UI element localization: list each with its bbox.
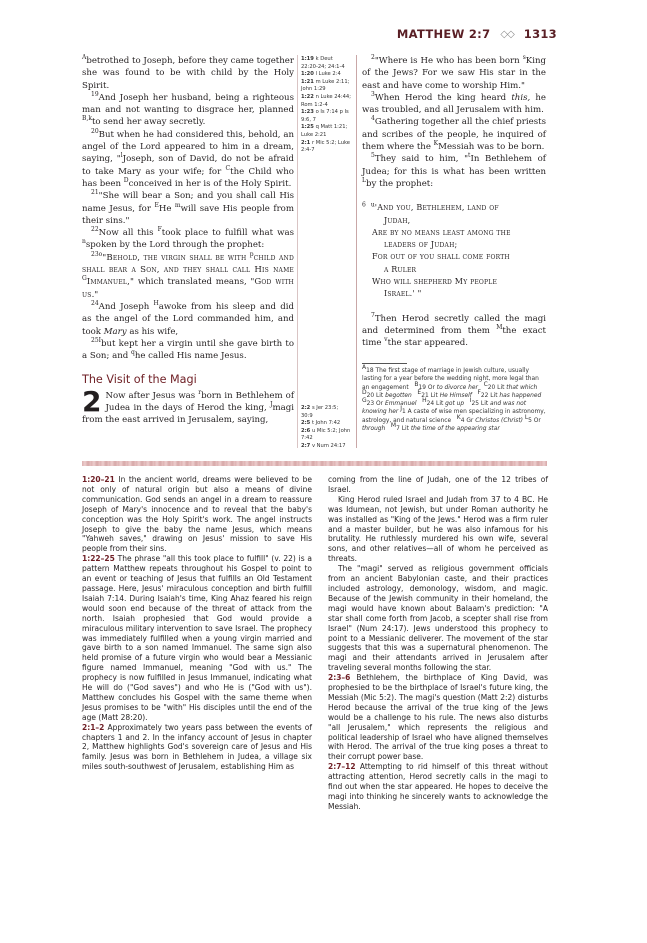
- verse-text: he called His name Jesus.: [135, 351, 247, 361]
- verse-2-5: 5They said to him, "tIn Bethlehem of Jud…: [362, 153, 546, 190]
- verse-text: as his wife,: [127, 327, 179, 337]
- ot-quotation: Judah,: [384, 216, 410, 225]
- ot-quotation: Are by no means least among the: [372, 228, 511, 237]
- footnote-verse: 4: [461, 418, 465, 424]
- verse-text: spoken by the Lord through the prophet:: [86, 240, 264, 250]
- note-text: Attempting to rid himself of this threat…: [328, 762, 548, 811]
- crossref-entry[interactable]: 1:20 l Luke 2:4: [301, 71, 351, 79]
- verse-number: 21: [91, 189, 99, 196]
- verse-text: Messiah was to be born.: [438, 142, 544, 152]
- ot-quotation: "Behold, the virgin shall be with: [102, 253, 250, 263]
- verse-number: 25: [91, 337, 99, 344]
- crossref-verse: 1:22: [301, 94, 314, 100]
- footnote[interactable]: M7 Lit the time of the appearing star: [391, 426, 500, 432]
- crossref-verse: 1:19: [301, 56, 314, 62]
- verse-1-18-continued: Abetrothed to Joseph, before they came t…: [82, 55, 294, 92]
- footnote-text: Or: [376, 401, 383, 407]
- verse-text: which translated means, ": [134, 277, 254, 287]
- note-text: In the ancient world, dreams were believ…: [82, 475, 312, 553]
- verse-1-19: 19And Joseph her husband, being a righte…: [82, 92, 294, 129]
- translation-footnotes: A18 The first stage of marriage in Jewis…: [362, 367, 548, 433]
- ot-quotation: Israel.' ": [384, 289, 421, 298]
- study-note: 1:22–25 The phrase "all this took place …: [82, 554, 312, 722]
- verse-number: 24: [91, 300, 99, 307]
- poetry-line: 6 u'And you, Bethlehem, land of: [362, 202, 546, 214]
- note-text: The phrase "all this took place to fulfi…: [82, 554, 312, 722]
- crossref-verse: 1:23: [301, 109, 314, 115]
- ot-quotation: For out of you shall come forth: [372, 252, 510, 261]
- verse-text: to send her away secretly.: [92, 117, 205, 127]
- note-reference[interactable]: 2:1–2: [82, 723, 104, 732]
- footnote-verse: 5: [528, 418, 532, 424]
- verse-number: 19: [91, 91, 99, 98]
- footnote-text: Lit: [402, 426, 409, 432]
- verse-text: took place to fulfill what was: [162, 228, 294, 238]
- verse-text: Now after Jesus was: [105, 391, 198, 401]
- footnote-verse: 22: [481, 393, 489, 399]
- page-number: 1313: [524, 27, 557, 41]
- footnote[interactable]: G23 Or Emmanuel: [362, 401, 417, 407]
- poetry-line: Are by no means least among the: [362, 227, 546, 239]
- crossref-entry[interactable]: 1:21 m Luke 2:11; John 1:29: [301, 79, 351, 94]
- footnote-text: Lit: [376, 393, 383, 399]
- study-notes-left: 1:20–21 In the ancient world, dreams wer…: [82, 475, 312, 772]
- footnote-text: Gr: [466, 418, 473, 424]
- footnote[interactable]: B19 Or to divorce her: [414, 385, 478, 391]
- study-note: 1:20–21 In the ancient world, dreams wer…: [82, 475, 312, 554]
- verse-2-6-poetry: 6 u'And you, Bethlehem, land of Judah, A…: [362, 202, 546, 300]
- study-note-paragraph: King Herod ruled Israel and Judah from 3…: [328, 495, 548, 564]
- footnote[interactable]: C20 Lit that which: [484, 385, 538, 391]
- poetry-line: For out of you shall come forth: [362, 251, 546, 263]
- verse-text-italic: Mary: [104, 327, 127, 337]
- footnote-verse: 24: [427, 401, 435, 407]
- note-text: Approximately two years pass between the…: [82, 723, 312, 772]
- column-divider-left: [297, 55, 298, 448]
- note-reference[interactable]: 2:7–12: [328, 762, 356, 771]
- crossref-verse: 1:20: [301, 71, 314, 77]
- scripture-column-left: Abetrothed to Joseph, before they came t…: [82, 55, 294, 427]
- verse-text: betrothed to Joseph, before they came to…: [82, 56, 294, 91]
- verse-1-20: 20But when he had considered this, behol…: [82, 129, 294, 190]
- footnote-italic: the time of the appearing star: [411, 426, 500, 432]
- verse-text-italic: this,: [511, 93, 530, 103]
- ot-quotation: 'And you, Bethlehem, land of: [375, 203, 499, 212]
- crossref-verse: 2:5: [301, 420, 310, 426]
- verse-text: conceived in her is of the Holy Spirit.: [129, 179, 292, 189]
- crossref-entry[interactable]: 1:22 n Luke 24:44; Rom 1:2-4: [301, 94, 351, 109]
- verse-number: 6: [362, 202, 366, 209]
- footnote-text: Lit: [481, 401, 488, 407]
- footnote-divider: [362, 363, 407, 364]
- study-note-continued: coming from the line of Judah, one of th…: [328, 475, 548, 495]
- verse-text: .": [92, 290, 99, 300]
- verse-1-22: 22Now all this Ftook place to fulfill wh…: [82, 227, 294, 252]
- poetry-line: leaders of Judah;: [362, 239, 546, 251]
- crossref-entry[interactable]: 2:2 s Jer 23:5; 30:9: [301, 405, 351, 420]
- footnote-text: Or: [428, 385, 435, 391]
- verse-text: When Herod the king heard: [375, 93, 512, 103]
- poetry-line: Israel.' ": [362, 288, 546, 300]
- poetry-line: a Ruler: [362, 264, 546, 276]
- footnote-italic: that which: [506, 385, 537, 391]
- footnote[interactable]: H24 Lit got up: [422, 401, 464, 407]
- cross-references-bottom: 2:2 s Jer 23:5; 30:9 2:5 t John 7:42 2:6…: [301, 405, 351, 451]
- poetry-line: Judah,: [362, 215, 546, 227]
- crossref-verse: 2:6: [301, 428, 310, 434]
- verse-2-4: 4Gathering together all the chief priest…: [362, 116, 546, 153]
- verse-number: 20: [91, 128, 99, 135]
- ot-quotation: Immanuel,": [87, 277, 134, 287]
- verse-text: He: [159, 204, 175, 214]
- crossref-entry[interactable]: 2:1 r Mic 5:2; Luke 2:4-7: [301, 140, 351, 155]
- crossref-entry[interactable]: 2:7 v Num 24:17: [301, 443, 351, 451]
- footnote[interactable]: K4 Gr Christos (Christ): [457, 418, 523, 424]
- section-heading: The Visit of the Magi: [82, 374, 294, 386]
- footnote-verse: 18: [366, 368, 374, 374]
- study-note: 2:3–6 Bethlehem, the birthplace of King …: [328, 673, 548, 762]
- crossref-text: l Luke 2:4: [316, 71, 341, 77]
- verse-1-23: 23o"Behold, the virgin shall be with pch…: [82, 252, 294, 301]
- footnote-text: Lit: [431, 393, 438, 399]
- footnote-text: Lit: [436, 401, 443, 407]
- footnote-italic: got up: [445, 401, 464, 407]
- crossref-text: t John 7:42: [312, 420, 340, 426]
- study-note-paragraph: The "magi" served as religious governmen…: [328, 564, 548, 673]
- crossref-verse: 2:1: [301, 140, 310, 146]
- bible-page: MATTHEW 2:7 ◇◇ 1313 Abetrothed to Joseph…: [0, 0, 647, 943]
- footnote-italic: He Himself: [440, 393, 472, 399]
- crossref-verse: 1:25: [301, 124, 314, 130]
- footnote-text: Or: [534, 418, 541, 424]
- ot-quotation: Who will shepherd My people: [372, 277, 497, 286]
- note-reference[interactable]: 1:22–25: [82, 554, 115, 563]
- note-text: Bethlehem, the birthplace of King David,…: [328, 673, 548, 761]
- footnote-marker[interactable]: B,k: [82, 116, 92, 123]
- column-divider-right: [356, 55, 357, 448]
- verse-1-21: 21"She will bear a Son; and you shall ca…: [82, 190, 294, 227]
- crossref-entry[interactable]: 1:23 o Is 7:14 p Is 9:6, 7: [301, 109, 351, 124]
- crossref-entry[interactable]: 2:5 t John 7:42: [301, 420, 351, 428]
- crossref-entry[interactable]: 1:19 k Deut 22:20-24; 24:1-4: [301, 56, 351, 71]
- crossref-verse: 2:7: [301, 443, 310, 449]
- verse-number: 22: [91, 226, 99, 233]
- note-reference[interactable]: 2:3–6: [328, 673, 350, 682]
- verse-text: by the prophet:: [366, 179, 433, 189]
- running-head: MATTHEW 2:7 ◇◇ 1313: [397, 27, 557, 41]
- decorative-band: [82, 461, 547, 466]
- scripture-column-right: 2"Where is He who has been born sKing of…: [362, 55, 546, 350]
- poetry-line: Who will shepherd My people: [362, 276, 546, 288]
- verse-number: 23: [91, 251, 99, 258]
- verse-2-3: 3When Herod the king heard this, he was …: [362, 92, 546, 117]
- chapter-number: 2: [82, 391, 101, 413]
- crossref-verse: 1:21: [301, 79, 314, 85]
- verse-1-25: 25Ibut kept her a virgin until she gave …: [82, 338, 294, 363]
- crossref-text: v Num 24:17: [312, 443, 346, 449]
- footnote-verse: 7: [396, 426, 400, 432]
- footnote-italic: through: [362, 426, 385, 432]
- verse-text: They said to him, ": [375, 154, 468, 164]
- footnote-verse: 20: [488, 385, 496, 391]
- study-note: 2:7–12 Attempting to rid himself of this…: [328, 762, 548, 812]
- verse-1-24: 24And Joseph Hawoke from his sleep and d…: [82, 301, 294, 338]
- verse-text: And Joseph her husband, being a righteou…: [82, 93, 294, 115]
- study-notes-right: coming from the line of Judah, one of th…: [328, 475, 548, 812]
- verse-2-7: 7Then Herod secretly called the magi and…: [362, 313, 546, 350]
- footnote-italic: to divorce her: [437, 385, 478, 391]
- footnote-italic: has happened: [499, 393, 541, 399]
- verse-text: Now all this: [99, 228, 158, 238]
- verse-2-1: 2Now after Jesus was rborn in Bethlehem …: [82, 390, 294, 427]
- book-chapter-reference: MATTHEW 2:7: [397, 27, 490, 41]
- footnote-verse: 1: [402, 409, 406, 415]
- ot-quotation: a Ruler: [384, 265, 416, 274]
- study-note: 2:1–2 Approximately two years pass betwe…: [82, 723, 312, 773]
- footnote-italic: begotten: [385, 393, 412, 399]
- footnote[interactable]: F22 Lit has happened: [477, 393, 541, 399]
- footnote[interactable]: D20 Lit begotten: [362, 393, 412, 399]
- note-reference[interactable]: 1:20–21: [82, 475, 115, 484]
- ot-quotation: leaders of Judah;: [384, 240, 457, 249]
- verse-2-2: 2"Where is He who has been born sKing of…: [362, 55, 546, 92]
- cross-references-top: 1:19 k Deut 22:20-24; 24:1-4 1:20 l Luke…: [301, 56, 351, 155]
- crossref-entry[interactable]: 1:25 q Matt 1:21; Luke 2:21: [301, 124, 351, 139]
- footnote-italic: Christos (Christ): [475, 418, 523, 424]
- footnote-text: Lit: [490, 393, 497, 399]
- crossref-verse: 2:2: [301, 405, 310, 411]
- verse-text: the star appeared.: [388, 338, 468, 348]
- verse-text: And Joseph: [99, 302, 154, 312]
- footnote-verse: 23: [367, 401, 375, 407]
- verse-text: "Where is He who has been born: [375, 56, 523, 66]
- footnote-verse: 20: [367, 393, 375, 399]
- footnote-text: Lit: [497, 385, 504, 391]
- footnote-verse: 25: [472, 401, 480, 407]
- ornament-icon: ◇◇: [500, 29, 513, 40]
- crossref-entry[interactable]: 2:6 u Mic 5:2; John 7:42: [301, 428, 351, 443]
